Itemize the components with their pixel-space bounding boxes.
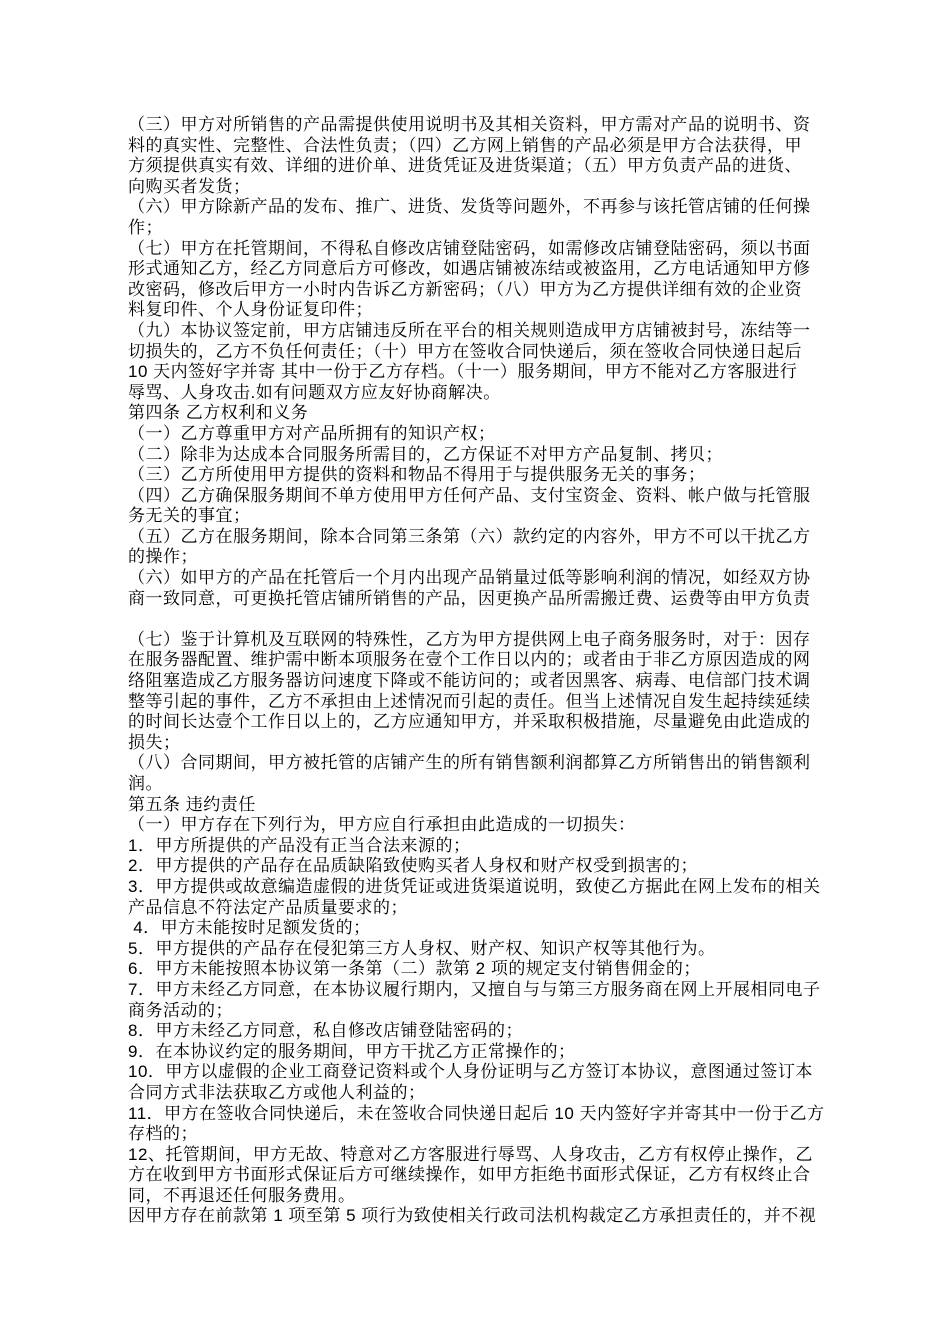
text-line: 12、托管期间，甲方无故、特意对乙方客服进行辱骂、人身攻击，乙方有权停止操作，乙 <box>128 1145 828 1166</box>
text-line: （七）甲方在托管期间，不得私自修改店铺登陆密码，如需修改店铺登陆密码，须以书面 <box>128 239 828 260</box>
text-line: 5．甲方提供的产品存在侵犯第三方人身权、财产权、知识产权等其他行为。 <box>128 939 828 960</box>
text-line: 的操作； <box>128 547 828 568</box>
text-line: （五）乙方在服务期间，除本合同第三条第（六）款约定的内容外，甲方不可以干扰乙方 <box>128 527 828 548</box>
text-line: 辱骂、人身攻击.如有问题双方应友好协商解决。 <box>128 383 828 404</box>
text-line: 向购买者发货； <box>128 177 828 198</box>
text-line: （一）乙方尊重甲方对产品所拥有的知识产权； <box>128 424 828 445</box>
text-line: 损失； <box>128 733 828 754</box>
text-line: 在服务器配置、维护需中断本项服务在壹个工作日以内的；或者由于非乙方原因造成的网 <box>128 650 828 671</box>
text-line: 形式通知乙方，经乙方同意后方可修改，如遇店铺被冻结或被盗用，乙方电话通知甲方修 <box>128 259 828 280</box>
text-line: 10．甲方以虚假的企业工商登记资料或个人身份证明与乙方签订本协议，意图通过签订本 <box>128 1062 828 1083</box>
text-line: 润。 <box>128 774 828 795</box>
text-line: （七）鉴于计算机及互联网的特殊性，乙方为甲方提供网上电子商务服务时，对于：因存 <box>128 630 828 651</box>
text-line: 整等引起的事件，乙方不承担由上述情况而引起的责任。但当上述情况自发生起持续延续 <box>128 692 828 713</box>
text-line: 3．甲方提供或故意编造虚假的进货凭证或进货渠道说明，致使乙方据此在网上发布的相关 <box>128 877 828 898</box>
text-line: 6．甲方未能按照本协议第一条第（二）款第 2 项的规定支付销售佣金的； <box>128 959 828 980</box>
text-line: 1．甲方所提供的产品没有正当合法来源的； <box>128 836 828 857</box>
document-text-block: （三）甲方对所销售的产品需提供使用说明书及其相关资料，甲方需对产品的说明书、资料… <box>128 115 828 1227</box>
text-line: 络阻塞造成乙方服务器访问速度下降或不能访问的；或者因黑客、病毒、电信部门技术调 <box>128 671 828 692</box>
text-line <box>128 609 828 630</box>
text-line: （二）除非为达成本合同服务所需目的，乙方保证不对甲方产品复制、拷贝； <box>128 445 828 466</box>
text-line: 存档的； <box>128 1124 828 1145</box>
text-line: （六）如甲方的产品在托管后一个月内出现产品销量过低等影响利润的情况，如经双方协 <box>128 568 828 589</box>
text-line: 的时间长达壹个工作日以上的，乙方应通知甲方，并采取积极措施，尽量避免由此造成的 <box>128 712 828 733</box>
text-line: 7．甲方未经乙方同意，在本协议履行期内，又擅自与与第三方服务商在网上开展相同电子 <box>128 980 828 1001</box>
text-line: 方须提供真实有效、详细的进价单、进货凭证及进货渠道；（五）甲方负责产品的进货、 <box>128 156 828 177</box>
text-line: 合同方式非法获取乙方或他人利益的； <box>128 1083 828 1104</box>
text-line: （六）甲方除新产品的发布、推广、进货、发货等问题外，不再参与该托管店铺的任何操 <box>128 197 828 218</box>
text-line: 商一致同意，可更换托管店铺所销售的产品，因更换产品所需搬迁费、运费等由甲方负责 <box>128 589 828 610</box>
text-line: 料复印件、个人身份证复印件； <box>128 300 828 321</box>
text-line: 2．甲方提供的产品存在品质缺陷致使购买者人身权和财产权受到损害的； <box>128 856 828 877</box>
text-line: （一）甲方存在下列行为，甲方应自行承担由此造成的一切损失： <box>128 815 828 836</box>
text-line: （四）乙方确保服务期间不单方使用甲方任何产品、支付宝资金、资料、帐户做与托管服 <box>128 486 828 507</box>
text-line: 同，不再退还任何服务费用。 <box>128 1186 828 1207</box>
text-line: 切损失的，乙方不负任何责任；（十）甲方在签收合同快递后，须在签收合同快递日起后 <box>128 342 828 363</box>
text-line: 作； <box>128 218 828 239</box>
text-line: 务无关的事宜； <box>128 506 828 527</box>
text-line: （三）乙方所使用甲方提供的资料和物品不得用于与提供服务无关的事务； <box>128 465 828 486</box>
text-line: 方在收到甲方书面形式保证后方可继续操作，如甲方拒绝书面形式保证，乙方有权终止合 <box>128 1165 828 1186</box>
document-page: （三）甲方对所销售的产品需提供使用说明书及其相关资料，甲方需对产品的说明书、资料… <box>0 0 950 1344</box>
text-line: 产品信息不符法定产品质量要求的； <box>128 898 828 919</box>
text-line: 第五条 违约责任 <box>128 795 828 816</box>
text-line: 第四条 乙方权利和义务 <box>128 403 828 424</box>
text-line: 11．甲方在签收合同快递后，未在签收合同快递日起后 10 天内签好字并寄其中一份… <box>128 1104 828 1125</box>
text-line: 8．甲方未经乙方同意，私自修改店铺登陆密码的； <box>128 1021 828 1042</box>
text-line: 商务活动的； <box>128 1001 828 1022</box>
text-line: 9．在本协议约定的服务期间，甲方干扰乙方正常操作的； <box>128 1042 828 1063</box>
text-line: 因甲方存在前款第 1 项至第 5 项行为致使相关行政司法机构裁定乙方承担责任的，… <box>128 1206 828 1227</box>
text-line: 改密码，修改后甲方一小时内告诉乙方新密码；（八）甲方为乙方提供详细有效的企业资 <box>128 280 828 301</box>
text-line: （三）甲方对所销售的产品需提供使用说明书及其相关资料，甲方需对产品的说明书、资 <box>128 115 828 136</box>
text-line: 4．甲方未能按时足额发货的； <box>128 918 828 939</box>
text-line: （九）本协议签定前，甲方店铺违反所在平台的相关规则造成甲方店铺被封号，冻结等一 <box>128 321 828 342</box>
text-line: （八）合同期间，甲方被托管的店铺产生的所有销售额利润都算乙方所销售出的销售额利 <box>128 753 828 774</box>
text-line: 10 天内签好字并寄 其中一份于乙方存档。（十一）服务期间，甲方不能对乙方客服进… <box>128 362 828 383</box>
text-line: 料的真实性、完整性、合法性负责；（四）乙方网上销售的产品必须是甲方合法获得，甲 <box>128 136 828 157</box>
